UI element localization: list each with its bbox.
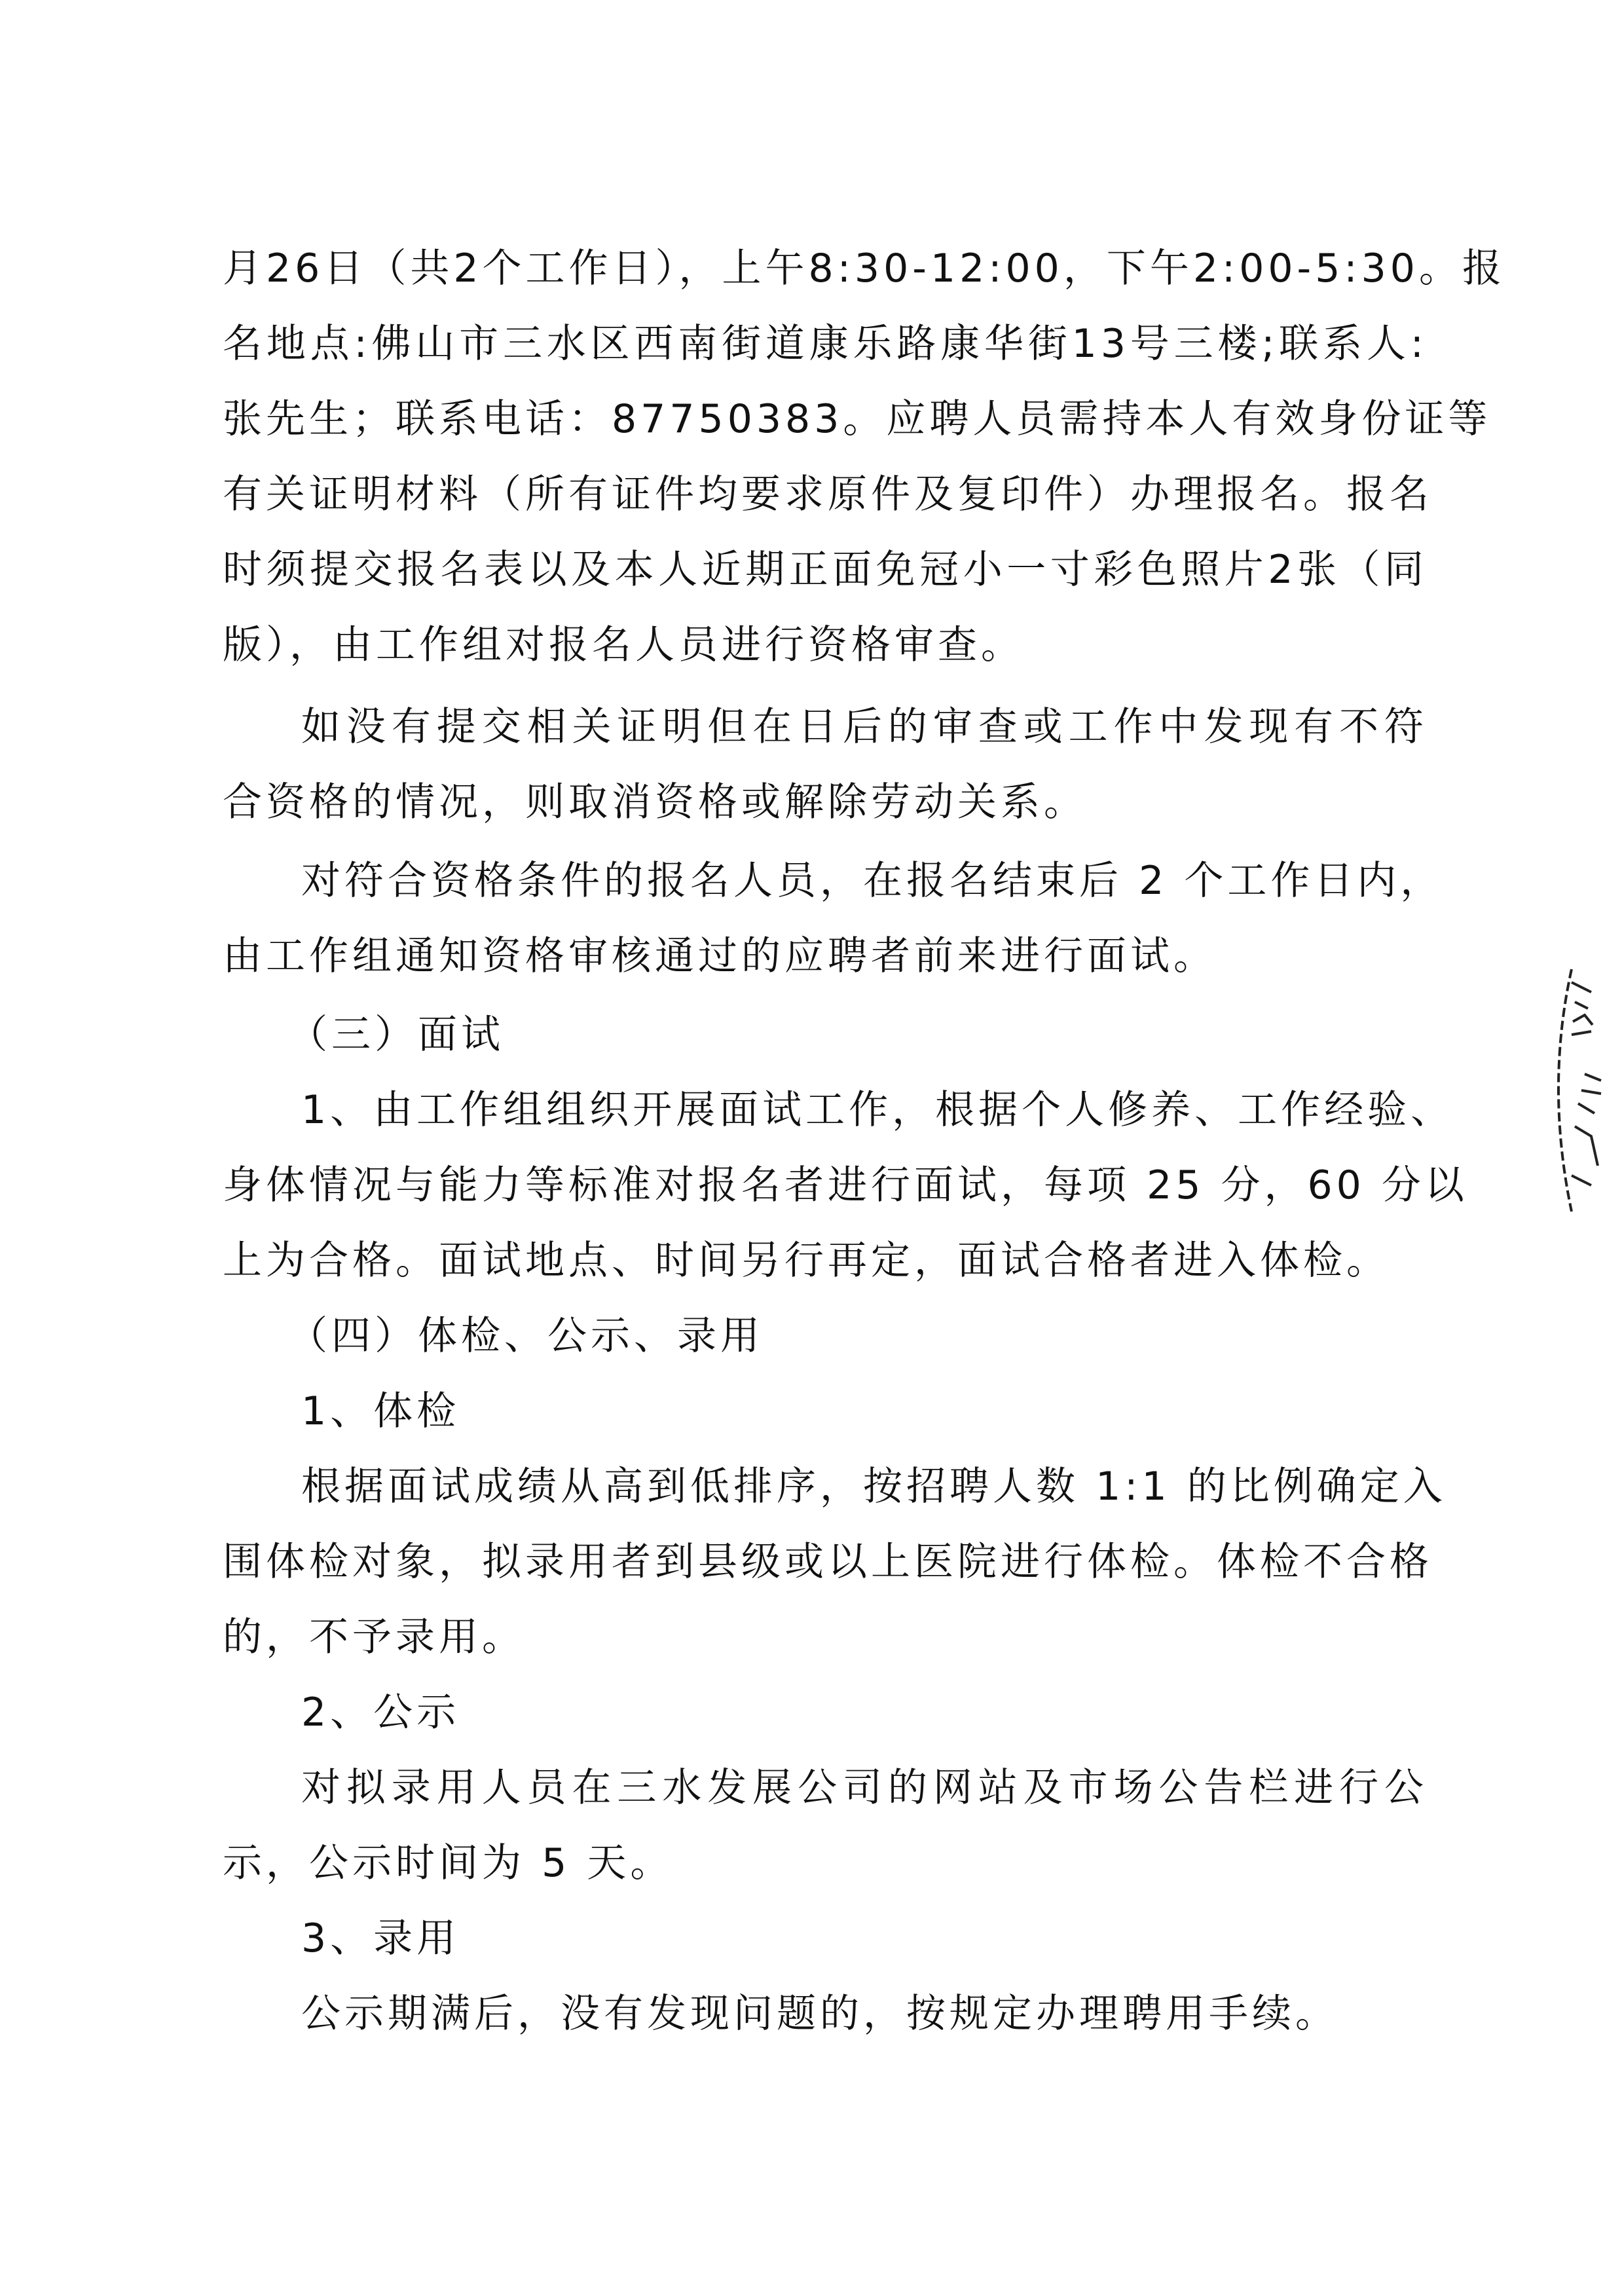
document-page: 月26日（共2个工作日），上午8:30-12:00，下午2:00-5:30。报 …	[0, 0, 1622, 2296]
paragraph-line: 对拟录用人员在三水发展公司的网站及市场公告栏进行公	[301, 1762, 1428, 1814]
paragraph-line: 张先生；联系电话：87750383。应聘人员需持本人有效身份证等	[223, 393, 1428, 445]
paragraph-line: 时须提交报名表以及本人近期正面免冠小一寸彩色照片2张（同	[223, 544, 1428, 596]
seal-stamp-icon	[1545, 917, 1622, 1257]
paragraph-line: 公示期满后，没有发现问题的，按规定办理聘用手续。	[301, 1988, 1428, 2040]
subsection-heading: 2、公示	[301, 1686, 1428, 1739]
paragraph-line: 的，不予录用。	[223, 1611, 1428, 1663]
paragraph-line: 围体检对象，拟录用者到县级或以上医院进行体检。体检不合格	[223, 1536, 1428, 1588]
paragraph-line: 身体情况与能力等标准对报名者进行面试，每项 25 分，60 分以	[223, 1159, 1428, 1212]
paragraph-line: 1、由工作组组织开展面试工作，根据个人修养、工作经验、	[301, 1084, 1428, 1136]
paragraph-line: 由工作组通知资格审核通过的应聘者前来进行面试。	[223, 930, 1428, 982]
paragraph-line: 示，公示时间为 5 天。	[223, 1837, 1428, 1889]
paragraph-line: 合资格的情况，则取消资格或解除劳动关系。	[223, 776, 1428, 828]
paragraph-line: 对符合资格条件的报名人员，在报名结束后 2 个工作日内，	[301, 855, 1428, 907]
paragraph-line: 名地点:佛山市三水区西南街道康乐路康华街13号三楼;联系人:	[223, 318, 1428, 370]
section-heading: （三）面试	[288, 1009, 1414, 1061]
section-heading: （四）体检、公示、录用	[288, 1310, 1414, 1362]
paragraph-line: 上为合格。面试地点、时间另行再定，面试合格者进入体检。	[223, 1234, 1428, 1287]
paragraph-line: 有关证明材料（所有证件均要求原件及复印件）办理报名。报名	[223, 468, 1428, 521]
paragraph-line: 根据面试成绩从高到低排序，按招聘人数 1:1 的比例确定入	[301, 1460, 1428, 1513]
paragraph-line: 版），由工作组对报名人员进行资格审查。	[223, 619, 1428, 671]
subsection-heading: 1、体检	[301, 1385, 1428, 1437]
paragraph-line: 月26日（共2个工作日），上午8:30-12:00，下午2:00-5:30。报	[223, 242, 1428, 295]
paragraph-line: 如没有提交相关证明但在日后的审查或工作中发现有不符	[301, 701, 1428, 753]
subsection-heading: 3、录用	[301, 1912, 1428, 1965]
